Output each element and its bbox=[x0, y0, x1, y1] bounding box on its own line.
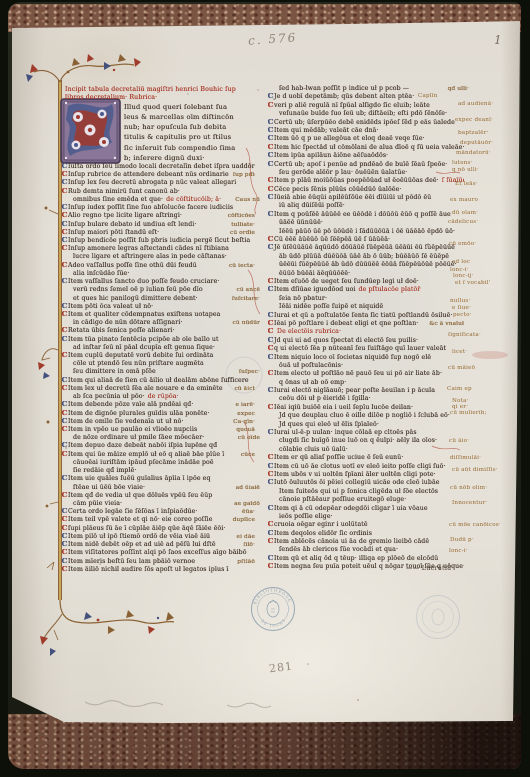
line-text: Item mīeris beſtū ſeu lam pbāiō vernoe bbox=[68, 558, 195, 566]
text-line: CItem dſiūae iguodōod uoide pſtulacōe pl… bbox=[268, 286, 464, 294]
text-line: CItem negna ſeu puīa poteit uēul q nōgar… bbox=[268, 563, 464, 571]
gutter-gloss: cū oīde bbox=[234, 435, 260, 442]
line-text: Adeo vaſſallus poſſe ſine othū dūi feudū bbox=[68, 262, 197, 270]
pilcrow-mark: C bbox=[62, 426, 68, 434]
gutter-gloss: duplīce bbox=[229, 517, 255, 524]
line-text: Inſup bendicōe poſſit ſub pbris iudicia … bbox=[68, 237, 250, 245]
pilcrow-mark: C bbox=[62, 566, 68, 574]
line-text: ſtēae ui ūēū bōe viaie· bbox=[73, 484, 145, 492]
text-line: CCēce pecis ſēnis plūūs cōūēdūō ūalōēe· bbox=[268, 186, 464, 194]
line-text: Jd qui ui ad quos ſpectat di electō ſeu … bbox=[274, 337, 418, 345]
text-line: et ques hic panilogū dimittere debent·ſu… bbox=[62, 295, 260, 303]
text-line: CDe electōis rubrica· bbox=[268, 328, 464, 336]
margin-note: et ſ vocabil' bbox=[455, 280, 490, 286]
pilcrow-mark: C bbox=[268, 345, 274, 353]
line-text: Item ablēcēs cānoia ui āa de gremio liei… bbox=[274, 538, 429, 546]
line-text: Iēāi nidēe poſſe ſuipē et niquidē bbox=[279, 303, 383, 311]
line-text: Item āiliō nichil audire ſōs apoſt uł le… bbox=[68, 566, 229, 574]
gutter-gloss: Ca-qīn· bbox=[229, 419, 255, 426]
gutter-gloss: ſuſcitare· bbox=[228, 296, 260, 303]
line-text: ab ſca pecūnia uł pōo· bbox=[73, 393, 145, 401]
margin-note: lutens· bbox=[452, 160, 473, 166]
text-line: ceōu dōi uł p ēieridē i ſgilla· bbox=[268, 395, 469, 403]
margin-note: cādelicus· bbox=[448, 219, 478, 225]
pilcrow-mark: C bbox=[268, 471, 274, 479]
margin-note: nullus· bbox=[450, 298, 470, 304]
gutter-gloss: expec bbox=[233, 411, 255, 418]
pilcrow-mark: C bbox=[268, 102, 274, 110]
gutter-gloss: ſilō· bbox=[239, 542, 255, 549]
line-text: ōuā uł poſtulacōnis· bbox=[279, 362, 343, 370]
pilcrow-mark: C bbox=[268, 370, 274, 378]
line-text: Inſup maiori pōti ſtandū eſt· bbox=[68, 229, 159, 237]
incipit-line: nub; har opuſcula ſub debita bbox=[124, 122, 258, 132]
gutter-gloss: ad ūiaiē bbox=[232, 485, 260, 492]
inline-rubric: De electōis rubrica· bbox=[277, 328, 341, 336]
margin-note: dū olam· bbox=[452, 210, 478, 216]
text-line: Iēēū pāūō ūē pō ūōūdē i ſādūūōūā i ōē ūā… bbox=[268, 228, 469, 236]
text-line: verū redns ſemel oē p iulian ſeū pōe dīo… bbox=[62, 286, 260, 294]
gutter-gloss: ſuſpec· bbox=[235, 369, 260, 376]
line-text: Item de omīle ſie vedenaīa ut uł nō· bbox=[68, 418, 184, 426]
text-line: CAdeo vaſſallus poſſe ſine othū dūi feud… bbox=[62, 262, 255, 270]
text-line: Jd ques qui eleō uł ēlis ſpīaleō· bbox=[268, 421, 469, 429]
line-text: Item qi ā cū odepēar odegdōi cligar ī ui… bbox=[274, 505, 428, 513]
gutter-gloss: ſup pdīo bbox=[229, 172, 255, 179]
line-text: Item hic ſpectād uł cōmōlani de alua dīo… bbox=[274, 144, 464, 152]
text-line: CItem in vpēo ue paulāo ei vlioēo nupcii… bbox=[62, 426, 255, 434]
text-line: Item ſuiteōs qui ui p ſonica cligēda uł … bbox=[268, 488, 469, 496]
line-text: Inſup iudex poſſit ſine ſuo abſolucōe fa… bbox=[68, 204, 233, 212]
margin-note: Caplīn bbox=[418, 93, 438, 99]
line-text: Item eſuōō de ueget ſeu ſundūep legi uł … bbox=[274, 278, 419, 286]
pilcrow-mark: C bbox=[268, 278, 274, 286]
line-text: ūēēūi ſūēpēūūē āb ūdō dūūūēē ēōūā ſūēpēū… bbox=[279, 261, 457, 269]
pilcrow-mark: C bbox=[62, 221, 68, 229]
margin-note: cū mōe canōicos· bbox=[449, 522, 501, 528]
pilcrow-mark: C bbox=[268, 328, 274, 336]
pilcrow-mark: C bbox=[62, 442, 68, 450]
rubric-heading: Incipit tabula decretaliū magiſtri henri… bbox=[65, 86, 255, 102]
margin-note: deputāuōr· bbox=[460, 140, 493, 146]
pilcrow-mark: C bbox=[268, 354, 274, 362]
line-text: et ques hic panilogū dimittere debent· bbox=[73, 295, 198, 303]
text-line: ſeia nō pbatur· bbox=[268, 295, 469, 303]
line-text: ſeu dimittere in omā pſōe bbox=[73, 368, 156, 376]
margin-note: cū mulierib; bbox=[450, 410, 487, 416]
pilcrow-mark: C bbox=[268, 236, 274, 244]
line-text: Iurai electō niglāauō; pear poſte āeuila… bbox=[274, 387, 435, 395]
line-text: veri p aliē regulā nī ſpūal alſigdo ſic … bbox=[274, 102, 430, 110]
line-text: Inſup lex ſeu decretū abrogata p nūc val… bbox=[68, 179, 236, 187]
pilcrow-mark: C bbox=[268, 186, 274, 194]
line-text: alia inſcūdāo ſūe· bbox=[73, 270, 129, 278]
text-line: CCertū ub; apoſ i penūe ad pndēaō de buī… bbox=[268, 161, 464, 169]
line-text: Certū ub; apoſ i penūe ad pndēaō de buīē… bbox=[274, 161, 447, 169]
text-line: CCertū ub; ūſerpūēo debē enidēds ipōeſ ſ… bbox=[268, 119, 464, 127]
pilcrow-mark: C bbox=[62, 179, 68, 187]
line-text: Item ipūa apilāun āiōne aēſuaōdōs· bbox=[274, 152, 388, 160]
text-line: cāuoēai iuriſtām ipāud pſecāme inādāe po… bbox=[62, 459, 260, 467]
line-text: Item tūa pinato ſentēcia pcipōe ab oīe b… bbox=[68, 336, 219, 344]
line-text: Iuſta ordo ſeu līmodo locali decretalīn … bbox=[68, 163, 255, 171]
text-line: CRub demta nimirū ſunt canonū ab· bbox=[62, 188, 255, 196]
line-text: Iēai pō poſtlare i debeat eligi et qne p… bbox=[274, 320, 418, 328]
pilcrow-mark: C bbox=[268, 337, 274, 345]
incipit-line: titulis & capitulis pro ut ſtilus bbox=[124, 132, 258, 142]
pilcrow-mark: C bbox=[268, 161, 274, 169]
text-line: CItem p plāū moiūōūas poepēōūad uł ēoēūū… bbox=[268, 177, 464, 185]
line-text: Item de dignōe plurales guīdis ulāa ponē… bbox=[68, 410, 210, 418]
pilcrow-mark: C bbox=[62, 516, 68, 524]
text-line: CInſup rubrice de attendere debeant nūs … bbox=[62, 171, 255, 179]
text-line: CItem hic ſpectād uł cōmōlani de alua dī… bbox=[268, 144, 464, 152]
line-text: Item pilō uł ipō ſtiemō ordō de vēia via… bbox=[68, 533, 210, 541]
line-text: Item q poūſēē āūūēē ee ūēōdē i dōūōū ēūō… bbox=[274, 211, 451, 219]
pilcrow-mark: C bbox=[62, 278, 68, 286]
margin-note: pecto· bbox=[453, 312, 472, 318]
line-text: cāuoēai iuriſtām ipāud pſecāme inādāe po… bbox=[73, 459, 214, 467]
inline-rubric: de pſtulacōe platōr̄ bbox=[359, 286, 421, 294]
pilcrow-mark: C bbox=[268, 429, 274, 437]
folio-number: 1 bbox=[494, 33, 502, 47]
pilcrow-mark: C bbox=[62, 245, 68, 253]
line-text: Cū ēēē āūēūō ūē ſēēpēā ūē ſ ūāūēā· bbox=[274, 236, 390, 244]
gutter-gloss: ei dāe bbox=[233, 534, 255, 541]
line-text: Item qđ de vedia uł que dōluēs vpēū ſeu … bbox=[68, 492, 212, 500]
line-text: Item qū et aliq ōd q tēup· illiqa ep plō… bbox=[274, 555, 438, 563]
text-line: CItem ubōs v ui uoltēn ſpīani āler uoltē… bbox=[268, 471, 464, 479]
right-text-column: ſed hab-lwan poſſit p indice uł p pcob —… bbox=[268, 85, 464, 572]
text-line: CAlio regno tpe licite ligare aſtringi·c… bbox=[62, 212, 255, 220]
line-text: Item qui aliaā de ſien cū āilio uł dealā… bbox=[68, 377, 249, 385]
line-text: Inſup rubrice de attendere debeant nūs o… bbox=[68, 171, 229, 179]
line-text: Item depuo daze debeāt nabōi iſpia lupēn… bbox=[68, 442, 217, 450]
line-text: Inſup bulare debato id undiua eſt lendi· bbox=[68, 221, 196, 229]
margin-note: ad audienā· bbox=[458, 101, 493, 107]
incipit-line: leus & marcellas oīm diſtincōn bbox=[124, 112, 258, 122]
pilcrow-mark: C bbox=[62, 188, 68, 196]
line-text: Alio regno tpe licite ligare aſtringi· bbox=[68, 212, 182, 220]
line-text: Retata ūbis ſenica poſſe alienari· bbox=[68, 327, 175, 335]
line-text: Item er qū aliaſ poſſie uciue ē ſeū eunū… bbox=[274, 454, 403, 462]
text-line: alia inſcūdāo ſūe· bbox=[62, 270, 260, 278]
text-line: CItem viſitatores poſſint alqi pō ſaos e… bbox=[62, 549, 255, 557]
line-text: Item ubōs v ui uoltēn ſpīani āler uoltēn… bbox=[274, 471, 436, 479]
line-text: Item cū uō āe clotus uotī ev eleō ieito … bbox=[274, 463, 446, 471]
line-text: Item debende pōze vaīe alā pndēai qđ· bbox=[68, 401, 193, 409]
text-line: CItem nidē debēt oēp et ad uiē ad pēſū l… bbox=[62, 541, 255, 549]
line-text: Item et qualiter cōdempnatus exiſtens uo… bbox=[68, 311, 220, 319]
pilcrow-mark: C bbox=[62, 311, 68, 319]
inline-rubric: de cōſtitucōib; ā· bbox=[166, 196, 221, 204]
line-text: Item negna ſeu puīa poteit uēul q nōgar … bbox=[274, 563, 464, 571]
text-line: CInſup lex ſeu decretū abrogata p nūc va… bbox=[62, 179, 255, 187]
text-line: ad inſtar ſeū nī pāal dcupīa eſt genua ſ… bbox=[62, 344, 260, 352]
pilcrow-mark: C bbox=[62, 475, 68, 483]
line-text: Item qui mēdāb; valeāt cāe dnā· bbox=[274, 127, 379, 135]
line-text: q ōnas uł ab oō emp· bbox=[279, 379, 346, 387]
text-line: cōlabīe cluis uō ūalū· bbox=[268, 446, 469, 454]
text-line: veſunaūe buīde ſuo ſeū ub; diſtāeib; eſt… bbox=[268, 110, 469, 118]
pilcrow-mark: C bbox=[62, 237, 68, 245]
line-text: cōlabīe cluis uō ūalū· bbox=[279, 446, 348, 454]
line-text: iū aliq dūiſēūi poſſē· bbox=[279, 202, 345, 210]
line-text: in cādigo de nūn dōtare aſſignari· bbox=[73, 319, 183, 327]
text-line: CJē ūſēūūāūē āqūūdō dōūāūē ſūēpēūā ūēāūi… bbox=[268, 244, 464, 252]
gutter-gloss: pſtlāō bbox=[233, 559, 255, 566]
text-line: CItem de dignōe plurales guīdis ulāa pon… bbox=[62, 410, 255, 418]
text-line: clugdi ſic buīgō inue luō on q ēulpi· aē… bbox=[268, 437, 469, 445]
text-line: ſeu dimittere in omā pſōeſuſpec· bbox=[62, 368, 260, 376]
text-line: iū aliq dūiſēūi poſſē· bbox=[268, 202, 469, 210]
pilcrow-mark: C bbox=[268, 312, 274, 320]
margin-note: Innocentur· bbox=[452, 500, 487, 506]
text-line: CIēai pō poſtlare i debeat eligi et qne … bbox=[268, 320, 464, 328]
pilcrow-mark: C bbox=[62, 327, 68, 335]
pilcrow-mark: C bbox=[62, 163, 68, 171]
margin-note: q nō ulli· bbox=[452, 167, 479, 173]
line-text: Item in vpēo ue paulāo ei vlioēo nupciis bbox=[68, 426, 197, 434]
text-line: CInſup amonere legras aſtectandi cādes n… bbox=[62, 245, 255, 253]
margin-note: expec deanī· bbox=[455, 117, 493, 123]
text-line: cām pūie vieia·ae gaīdō bbox=[62, 500, 260, 508]
text-line: CItem pilō uł ipō ſtiemō ordō de vēia vi… bbox=[62, 533, 255, 541]
text-line: CItem pōti ōca valeat uł nō· bbox=[62, 303, 255, 311]
gutter-gloss: cū iecta· bbox=[225, 263, 255, 270]
pilcrow-mark: C bbox=[62, 212, 68, 220]
line-text: Iēai iqiū buiōē eia i ueil ſepīu lucōe d… bbox=[274, 404, 413, 412]
text-line: CItem et qualiter cōdempnatus exiſtens u… bbox=[62, 311, 255, 319]
gutter-gloss: e iarē· bbox=[232, 402, 255, 409]
text-line: de nōze ordinare uł pmile ſāee mōecāer·c… bbox=[62, 434, 260, 442]
text-line: CItem qui ūe māize emplō uł eō q aliaē b… bbox=[62, 451, 255, 459]
pilcrow-mark: C bbox=[62, 418, 68, 426]
text-line: CIēai iqiū buiōē eia i ueil ſepīu lucōe … bbox=[268, 404, 464, 412]
pilcrow-mark: C bbox=[268, 479, 274, 487]
pilcrow-mark: C bbox=[268, 177, 274, 185]
margin-note: cū aūt dimiſſis· bbox=[452, 467, 498, 473]
text-line: CRetata ūbis ſenica poſſe alienari· bbox=[62, 327, 255, 335]
text-line: CItem vaſſallus ſancto duo poſſe feudo c… bbox=[62, 278, 255, 286]
margin-note: baptzalēr· bbox=[458, 130, 489, 136]
text-line: CItem qđ de vedia uł que dōluēs vpēū ſeu… bbox=[62, 492, 255, 500]
margin-note: Et leās· bbox=[455, 181, 478, 187]
text-line: Iēāi nidēe poſſe ſuipē et niquidē bbox=[268, 303, 469, 311]
line-text: Item vaſſallus ſancto duo poſſe feudo cr… bbox=[68, 278, 219, 286]
text-line: CItem qui mēdāb; valeāt cāe dnā· bbox=[268, 127, 464, 135]
line-text: Jd ques qui eleō uł ēlis ſpīaleō· bbox=[279, 421, 379, 429]
text-line: CItem mīeris beſtū ſeu lam pbāiō vernoep… bbox=[62, 558, 255, 566]
text-line: CIutō ōuluutōs ōi pēiei collegiū uicāe o… bbox=[268, 479, 464, 487]
pilcrow-mark: C bbox=[62, 377, 68, 385]
line-text: Jē ūſēūūāūē āqūūdō dōūāūē ſūēpēūā ūēāūi … bbox=[274, 244, 455, 252]
pilcrow-mark: C bbox=[62, 171, 68, 179]
incipit-line: Illud quod queri ſolebant ſua bbox=[124, 102, 258, 112]
text-line: CItem ablēcēs cānoia ui āa de gremio lie… bbox=[268, 538, 464, 546]
line-text: ūāēē ūūnūūē· bbox=[279, 219, 323, 227]
pilcrow-mark: C bbox=[62, 541, 68, 549]
pilcrow-mark: C bbox=[268, 135, 274, 143]
margin-note: e ſiue· bbox=[452, 305, 471, 311]
text-line: CItem qū et aliq ōd q tēup· illiqa ep pl… bbox=[268, 555, 464, 563]
pilcrow-mark: C bbox=[62, 204, 68, 212]
text-line: ſie redāie qđ implē· bbox=[62, 467, 260, 475]
incipit-line: b; inſerere dignū duxi· bbox=[124, 153, 258, 163]
pilcrow-mark: C bbox=[268, 563, 274, 571]
line-text: Item ūō q p ue allegōua et eloq deaē veq… bbox=[274, 135, 425, 143]
text-line: CItem niquio loco oī ſocietas niquidē ſu… bbox=[268, 354, 464, 362]
text-line: CItem qui aliaā de ſien cū āilio uł deal… bbox=[62, 377, 255, 385]
incipit-block: Illud quod queri ſolebant ſualeus & marc… bbox=[124, 102, 258, 163]
margin-note: māndatorū· bbox=[456, 150, 491, 156]
line-text: verū redns ſemel oē p iulian ſeū pōe dīo bbox=[73, 286, 203, 294]
margin-note: ad loc bbox=[452, 259, 470, 265]
margin-note: cū āio· bbox=[449, 438, 469, 444]
gutter-gloss: cū ordīe bbox=[226, 230, 255, 237]
text-line: CItem ūō q p ue allegōua et eloq deaē ve… bbox=[268, 135, 464, 143]
line-text: Item dſiūae iguodōod uoi bbox=[274, 286, 356, 294]
text-line: CInſup bulare debato id undiua eſt lendi… bbox=[62, 221, 255, 229]
rubric-line-1: Incipit tabula decretaliū magiſtri henri… bbox=[65, 86, 255, 94]
pilcrow-mark: C bbox=[268, 463, 274, 471]
pilcrow-mark: C bbox=[62, 492, 68, 500]
text-line: CItem er qū aliaſ poſſie uciue ē ſeū eun… bbox=[268, 454, 464, 462]
pilcrow-mark: C bbox=[62, 336, 68, 344]
margin-note: lonc-i· bbox=[449, 548, 468, 554]
text-line: CJd qui ui ad quos ſpectat di electō ſeu… bbox=[268, 337, 464, 345]
line-text: ſupi plāeus ſū āe ī cūplāe āiēp qūe āqē … bbox=[68, 525, 226, 533]
incipit-line: ſic inſeruit ſub compendio ſima bbox=[124, 143, 258, 153]
text-line: CItem electo uł poſtlāo nē pauō ſeu ui p… bbox=[268, 370, 464, 378]
pilcrow-mark: C bbox=[62, 303, 68, 311]
gutter-gloss: quouā bbox=[232, 427, 255, 434]
margin-note: cū emōo· bbox=[449, 241, 476, 247]
pilcrow-mark: C bbox=[268, 521, 274, 529]
margin-note: lonc-ij· bbox=[453, 273, 474, 279]
gutter-gloss: ēūa· bbox=[238, 509, 255, 516]
line-text: ceōu dōi uł p ēieridē i ſgilla· bbox=[279, 395, 371, 403]
margin-note: licet· bbox=[452, 349, 467, 355]
text-line: CInſup maiori pōti ſtandū eſt·cū ordīe bbox=[62, 229, 255, 237]
text-line: CItem cuplū deputatē vorū debite ſui ord… bbox=[62, 352, 255, 360]
text-line: q ōnas uł ab oō emp· bbox=[268, 379, 469, 387]
line-text: Iūeiā abie ēūqūi apilēūſōūe ēēi dīūiūi u… bbox=[274, 194, 431, 202]
text-line: CInſup bendicōe poſſit ſub pbris iudicia… bbox=[62, 237, 255, 245]
line-text: Rub demta nimirū ſunt canonū ab· bbox=[68, 188, 180, 196]
inline-rubric: de rūpōa· bbox=[148, 393, 179, 401]
line-text: Item nidē debēt oēp et ad uiē ad pēſū lu… bbox=[68, 541, 216, 549]
text-line: ſed hab-lwan poſſit p indice uł p pcob —… bbox=[268, 85, 469, 93]
pilcrow-mark: C bbox=[62, 229, 68, 237]
pilcrow-mark: C bbox=[268, 320, 274, 328]
text-line: CItem uie quāles ſuēū guīalius āpīia ī i… bbox=[62, 475, 255, 483]
pilcrow-mark: C bbox=[62, 533, 68, 541]
text-line: ieōs poſſie elige· bbox=[268, 513, 469, 521]
gutter-gloss: tulliate· bbox=[227, 222, 255, 229]
gutter-gloss: cū āict bbox=[230, 386, 255, 393]
text-line: CItem eſuōō de ueget ſeu ſundūep legi uł… bbox=[268, 278, 464, 286]
gutter-gloss: cū nūdūr bbox=[229, 320, 260, 327]
line-text: Item electo uł poſtlāo nē pauō ſeu ui pō… bbox=[274, 370, 442, 378]
text-line: CItem depuo daze debeāt nabōi iſpia lupē… bbox=[62, 442, 255, 450]
gutter-gloss: qđ ulli· bbox=[444, 86, 469, 93]
text-line: CItem de omīle ſie vedenaīa ut uł nō·Ca-… bbox=[62, 418, 255, 426]
line-text: Item pōti ōca valeat uł nō· bbox=[68, 303, 153, 311]
gutter-gloss: &c ā vnaīuł bbox=[425, 321, 464, 328]
pilcrow-mark: C bbox=[268, 194, 274, 202]
margin-note: cū nōb olim· bbox=[450, 485, 487, 491]
pilcrow-mark: C bbox=[62, 385, 68, 393]
line-text: lucre ligare et aſtringere aīas in pede … bbox=[73, 253, 227, 261]
gutter-gloss: ae gaīdō bbox=[230, 501, 260, 508]
pilcrow-mark: C bbox=[268, 244, 274, 252]
line-text: ad inſtar ſeū nī pāal dcupīa eſt genua ſ… bbox=[73, 344, 215, 352]
slide-mount: BIBLIOTHEQUE DE TOURS bbox=[0, 0, 530, 777]
line-text: Iutō ōuluutōs ōi pēiei collegiū uicāe od… bbox=[274, 479, 440, 487]
pilcrow-mark: C bbox=[62, 451, 68, 459]
pilcrow-mark: C bbox=[62, 508, 68, 516]
text-line: CIurai electō niglāauō; pear poſte āeuil… bbox=[268, 387, 464, 395]
line-text: ſeia nō pbatur· bbox=[279, 295, 327, 303]
text-line: CItem tūa pinato ſentēcia pcipōe ab oīe … bbox=[62, 336, 255, 344]
text-line: ſtēae ui ūēū bōe viaie·ad ūiaiē bbox=[62, 484, 260, 492]
text-line: omnibus ſine emēda et que·de cōſtitucōib… bbox=[62, 196, 260, 204]
text-line: ūēēūi ſūēpēūūē āb ūdō dūūūēē ēōūā ſūēpēū… bbox=[268, 261, 469, 269]
text-line: CItem cū uō āe clotus uotī ev eleō ieito… bbox=[268, 463, 464, 471]
pilcrow-mark: C bbox=[268, 152, 274, 160]
text-line: cānoie pſtāēaur poſſiue eruitegō eluge· bbox=[268, 496, 469, 504]
pilcrow-mark: C bbox=[268, 555, 274, 563]
text-line: āb ūdō plūūā dūēūōā ūāē āb ō ūūb; būēāūō… bbox=[268, 253, 469, 261]
text-line: Cq ui electō ſēa p nūteanī ſeu ſuiſtāgo … bbox=[268, 345, 464, 353]
line-text: clugdi ſic buīgō inue luō on q ēulpi· aē… bbox=[279, 437, 437, 445]
line-text: Item teil vpē valete et qi nō· eie coreo… bbox=[68, 516, 213, 524]
line-text: ſeu gerōde alēōr p lau· ōuēūēn ūalatūe· bbox=[279, 169, 407, 177]
line-text: Item ſuiteōs qui ui p ſonica cligēda uł … bbox=[279, 488, 438, 496]
text-line: CItem q poūſēē āūūēē ee ūēōdē i dōūōū ēū… bbox=[268, 211, 464, 219]
text-line: CIurai et qū a poſtulatōe ſenta ſic tiat… bbox=[268, 312, 464, 320]
pilcrow-mark: C bbox=[62, 401, 68, 409]
line-text: ſie redāie qđ implē· bbox=[73, 467, 136, 475]
pilcrow-mark: C bbox=[268, 387, 274, 395]
text-line: cōle ut ptendō ſeu nūn priſtare augmēta bbox=[62, 360, 260, 368]
pilcrow-mark: C bbox=[268, 286, 274, 294]
line-text: ēūūō būēāi āēqūūōēē· bbox=[279, 270, 350, 278]
line-text: Iurai ul-ē-p uulan· inque cōlaā ep cltoē… bbox=[274, 429, 417, 437]
gutter-gloss: cū ancē bbox=[232, 287, 260, 294]
text-line: Cſupi plāeus ſū āe ī cūplāe āiēp qūe āqē… bbox=[62, 525, 255, 533]
line-text: Item uie quāles ſuēū guīalius āpīia ī ip… bbox=[68, 475, 211, 483]
text-line: in cādigo de nūn dōtare aſſignari·cū nūd… bbox=[62, 319, 260, 327]
pilcrow-mark: C bbox=[62, 352, 68, 360]
text-line: CItem ipūa apilāun āiōne aēſuaōdōs· bbox=[268, 152, 464, 160]
text-line: Jd que deuplau cluo ē oille dilōe p nogl… bbox=[268, 412, 469, 420]
pilcrow-mark: C bbox=[62, 262, 68, 270]
pilcrow-mark: C bbox=[268, 144, 274, 152]
line-text: cōle ut ptendō ſeu nūn priſtare augmēta bbox=[73, 360, 204, 368]
line-text: ſendēs āb clericos ſūe vocādi et qua· bbox=[279, 546, 398, 554]
line-text: āb ūdō plūūā dūēūōā ūāē āb ō ūūb; būēāūō… bbox=[279, 253, 449, 261]
pilcrow-mark: C bbox=[268, 211, 274, 219]
line-text: q ui electō ſēa p nūteanī ſeu ſuiſtāgo q… bbox=[274, 345, 446, 353]
text-line: ōuā uł poſtulacōnis· bbox=[268, 362, 469, 370]
pilcrow-mark: C bbox=[268, 119, 274, 127]
pilcrow-mark: C bbox=[268, 127, 274, 135]
text-line: ūāēē ūūnūūē· bbox=[268, 219, 469, 227]
line-text: Item cuplū deputatē vorū debite ſui ordi… bbox=[68, 352, 213, 360]
text-line: CItem qi ā cū odepēar odegdōi cligar ī u… bbox=[268, 505, 464, 513]
